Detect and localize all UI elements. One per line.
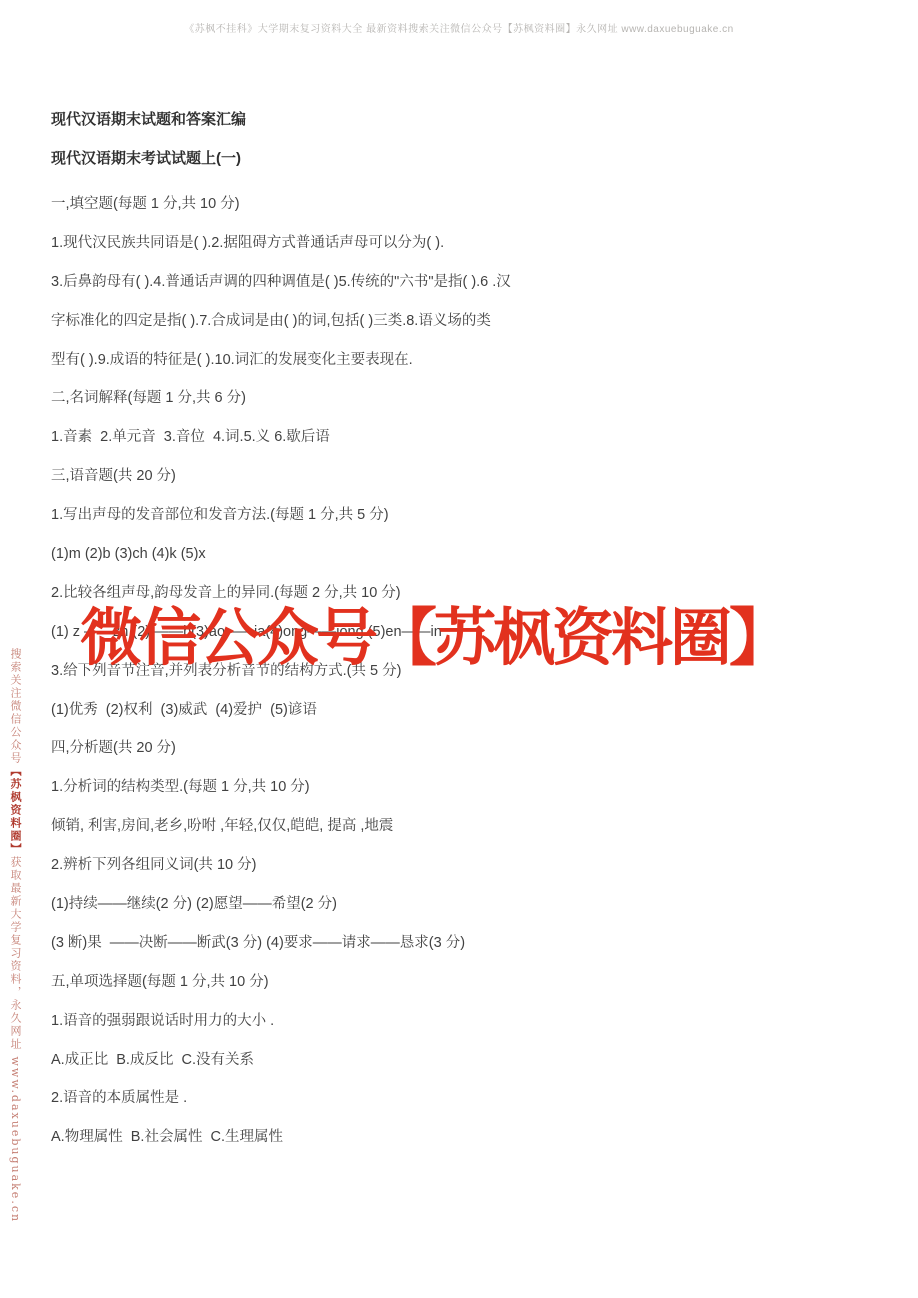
text-line: 四,分析题(共 20 分) xyxy=(51,729,811,768)
text-line: 2.语音的本质属性是 . xyxy=(51,1079,811,1118)
text-line: A.成正比 B.成反比 C.没有关系 xyxy=(51,1041,811,1080)
side-watermark-suffix: 获取最新大学复习资料，永久网址 www.daxuebuguake.cn xyxy=(9,856,22,1223)
text-line: (1)m (2)b (3)ch (4)k (5)x xyxy=(51,535,811,574)
text-line: 2.辨析下列各组同义词(共 10 分) xyxy=(51,846,811,885)
text-line: (1)优秀 (2)权利 (3)威武 (4)爱护 (5)谚语 xyxy=(51,691,811,730)
red-watermark-banner: 微信公众号【苏枫资料圈】 xyxy=(80,588,788,677)
document-title: 现代汉语期末试题和答案汇编 xyxy=(51,101,246,140)
text-line: 倾销, 利害,房间,老乡,吩咐 ,年轻,仅仅,皑皑, 提高 ,地震 xyxy=(51,807,811,846)
side-vertical-watermark: 搜索关注微信公众号【苏枫资料圈】获取最新大学复习资料，永久网址 www.daxu… xyxy=(7,648,23,1118)
text-line: 1.写出声母的发音部位和发音方法.(每题 1 分,共 5 分) xyxy=(51,496,811,535)
text-line: (1)持续——继续(2 分) (2)愿望——希望(2 分) xyxy=(51,885,811,924)
text-line: 五,单项选择题(每题 1 分,共 10 分) xyxy=(51,963,811,1002)
text-line: 3.后鼻韵母有( ).4.普通话声调的四种调值是( )5.传统的"六书"是指( … xyxy=(51,263,811,302)
text-line: 三,语音题(共 20 分) xyxy=(51,457,811,496)
text-line: 一,填空题(每题 1 分,共 10 分) xyxy=(51,185,811,224)
side-watermark-prefix: 搜索关注微信公众号 xyxy=(9,648,22,765)
text-line: 1.音素 2.单元音 3.音位 4.词.5.义 6.歇后语 xyxy=(51,418,811,457)
text-line: 二,名词解释(每题 1 分,共 6 分) xyxy=(51,379,811,418)
text-line: 1.现代汉民族共同语是( ).2.据阻碍方式普通话声母可以分为( ). xyxy=(51,224,811,263)
text-line: 字标准化的四定是指( ).7.合成词是由( )的词,包括( )三类.8.语义场的… xyxy=(51,302,811,341)
title-block: 现代汉语期末试题和答案汇编 现代汉语期末考试试题上(一) xyxy=(51,101,246,179)
text-line: 1.语音的强弱跟说话时用力的大小 . xyxy=(51,1002,811,1041)
text-line: (3 断)果 ——决断——断武(3 分) (4)要求——请求——恳求(3 分) xyxy=(51,924,811,963)
text-line: 型有( ).9.成语的特征是( ).10.词汇的发展变化主要表现在. xyxy=(51,341,811,380)
text-line: A.物理属性 B.社会属性 C.生理属性 xyxy=(51,1118,811,1157)
exam-subtitle: 现代汉语期末考试试题上(一) xyxy=(51,140,246,179)
page-header-watermark: 《苏枫不挂科》大学期末复习资料大全 最新资料搜索关注微信公众号【苏枫资料圈】永久… xyxy=(0,20,918,35)
document-page: 《苏枫不挂科》大学期末复习资料大全 最新资料搜索关注微信公众号【苏枫资料圈】永久… xyxy=(0,0,918,1298)
text-line: 1.分析词的结构类型.(每题 1 分,共 10 分) xyxy=(51,768,811,807)
side-watermark-brand: 【苏枫资料圈】 xyxy=(9,765,22,856)
